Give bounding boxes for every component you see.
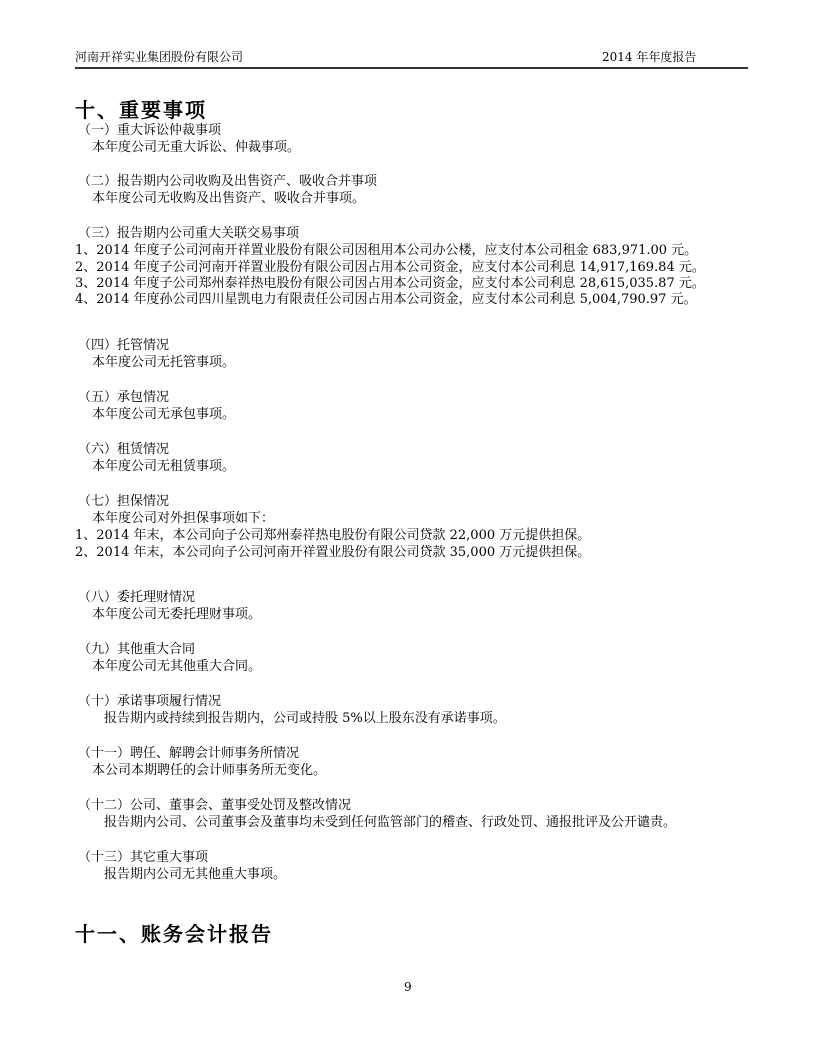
item-heading-lease: （六）租赁情况 [78, 441, 169, 458]
item-body-commitments: 报告期内或持续到报告期内，公司或持股 5%以上股东没有承诺事项。 [104, 710, 506, 727]
related-party-line-4: 4、2014 年度孙公司四川星凯电力有限责任公司因占用本公司资金，应支付本公司利… [75, 291, 697, 308]
item-body-acquisition: 本年度公司无收购及出售资产、吸收合并事项。 [92, 190, 365, 207]
item-body-auditor: 本公司本期聘任的会计师事务所无变化。 [92, 762, 326, 779]
item-body-custody: 本年度公司无托管事项。 [92, 354, 235, 371]
related-party-line-1: 1、2014 年度子公司河南开祥置业股份有限公司因租用本公司办公楼，应支付本公司… [75, 242, 697, 259]
page-header: 河南开祥实业集团股份有限公司 2014 年年度报告 [75, 49, 748, 69]
section-title-accounting-report: 十一、账务会计报告 [75, 922, 273, 946]
item-body-lease: 本年度公司无租赁事项。 [92, 458, 235, 475]
item-heading-litigation: （一）重大诉讼仲裁事项 [78, 122, 221, 139]
item-heading-custody: （四）托管情况 [78, 337, 169, 354]
related-party-line-2: 2、2014 年度子公司河南开祥置业股份有限公司因占用本公司资金，应支付本公司利… [75, 259, 705, 276]
item-heading-other-matters: （十三）其它重大事项 [78, 849, 208, 866]
item-heading-penalties: （十二）公司、董事会、董事受处罚及整改情况 [78, 797, 351, 814]
item-body-other-matters: 报告期内公司无其他重大事项。 [104, 866, 286, 883]
item-heading-guarantee: （七）担保情况 [78, 493, 169, 510]
item-body-contracting: 本年度公司无承包事项。 [92, 406, 235, 423]
page-number: 9 [404, 980, 412, 994]
item-body-other-contracts: 本年度公司无其他重大合同。 [92, 658, 261, 675]
item-heading-commitments: （十）承诺事项履行情况 [78, 693, 221, 710]
header-report-title: 2014 年年度报告 [602, 49, 696, 65]
item-heading-acquisition: （二）报告期内公司收购及出售资产、吸收合并事项 [78, 173, 377, 190]
item-heading-related-party: （三）报告期内公司重大关联交易事项 [78, 225, 299, 242]
item-body-entrusted-finance: 本年度公司无委托理财事项。 [92, 606, 261, 623]
item-body-penalties: 报告期内公司、公司董事会及董事均未受到任何监管部门的稽查、行政处罚、通报批评及公… [104, 814, 676, 831]
item-heading-auditor: （十一）聘任、解聘会计师事务所情况 [78, 745, 299, 762]
item-heading-other-contracts: （九）其他重大合同 [78, 641, 195, 658]
related-party-line-3: 3、2014 年度子公司郑州泰祥热电股份有限公司因占用本公司资金，应支付本公司利… [75, 275, 705, 292]
item-heading-entrusted-finance: （八）委托理财情况 [78, 589, 195, 606]
header-company-name: 河南开祥实业集团股份有限公司 [75, 49, 243, 65]
guarantee-line-2: 2、2014 年末，本公司向子公司河南开祥置业股份有限公司贷款 35,000 万… [75, 544, 590, 561]
item-heading-contracting: （五）承包情况 [78, 389, 169, 406]
item-body-litigation: 本年度公司无重大诉讼、仲裁事项。 [92, 139, 300, 156]
section-title-important-matters: 十、重要事项 [75, 98, 207, 122]
guarantee-line-1: 1、2014 年末，本公司向子公司郑州泰祥热电股份有限公司贷款 22,000 万… [75, 527, 590, 544]
item-body-guarantee-intro: 本年度公司对外担保事项如下： [92, 510, 274, 527]
